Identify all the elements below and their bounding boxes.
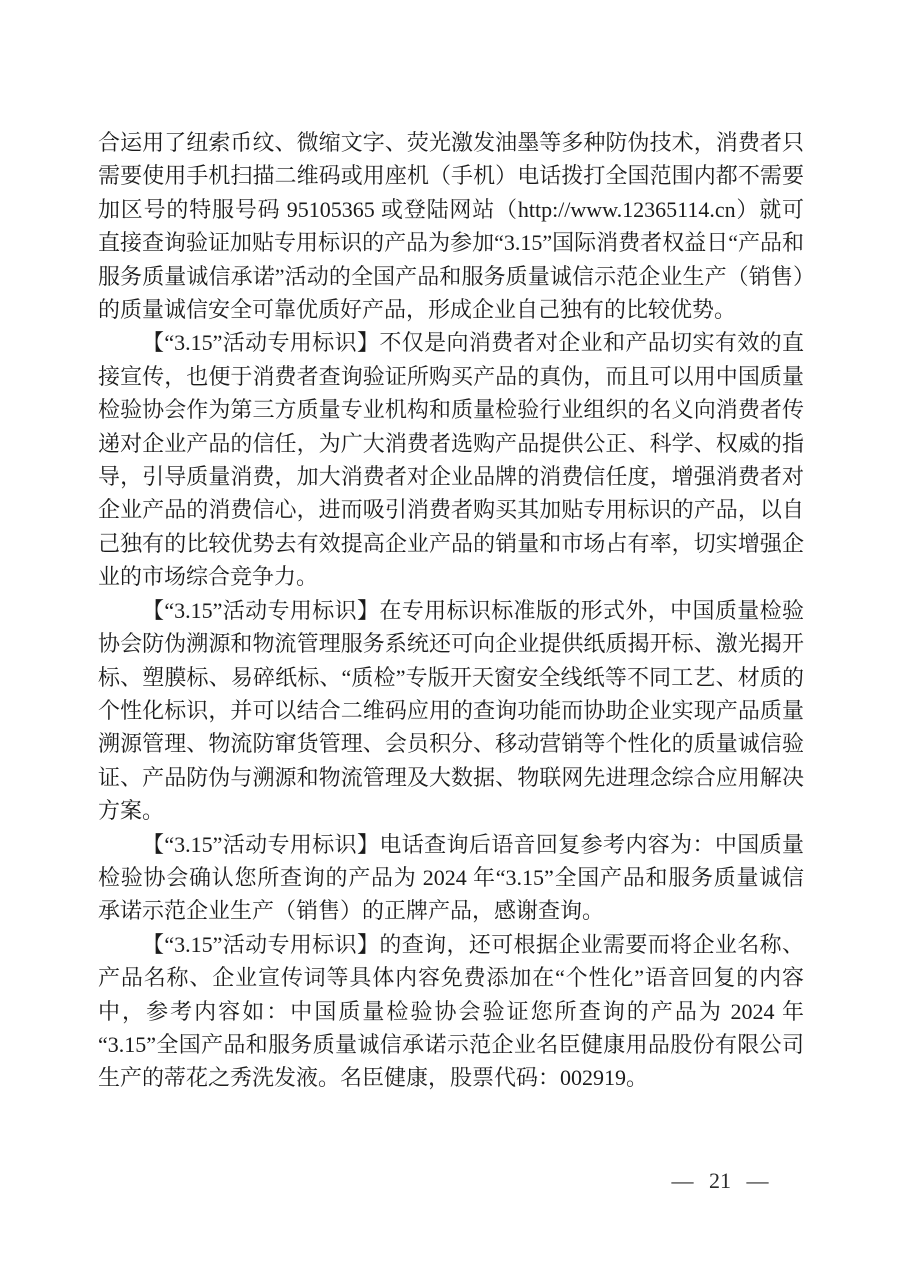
page-number: — 21 — bbox=[600, 1168, 840, 1194]
body-paragraph-5: 【“3.15”活动专用标识】的查询，还可根据企业需要而将企业名称、产品名称、企业… bbox=[98, 928, 804, 1095]
document-page: 合运用了纽索币纹、微缩文字、荧光激发油墨等多种防伪技术，消费者只需要使用手机扫描… bbox=[0, 0, 900, 1273]
body-paragraph-2: 【“3.15”活动专用标识】不仅是向消费者对企业和产品切实有效的直接宣传，也便于… bbox=[98, 326, 804, 593]
body-paragraph-1: 合运用了纽索币纹、微缩文字、荧光激发油墨等多种防伪技术，消费者只需要使用手机扫描… bbox=[98, 126, 804, 326]
body-text: 合运用了纽索币纹、微缩文字、荧光激发油墨等多种防伪技术，消费者只需要使用手机扫描… bbox=[98, 126, 804, 1095]
body-paragraph-4: 【“3.15”活动专用标识】电话查询后语音回复参考内容为：中国质量检验协会确认您… bbox=[98, 828, 804, 928]
body-paragraph-3: 【“3.15”活动专用标识】在专用标识标准版的形式外，中国质量检验协会防伪溯源和… bbox=[98, 594, 804, 828]
